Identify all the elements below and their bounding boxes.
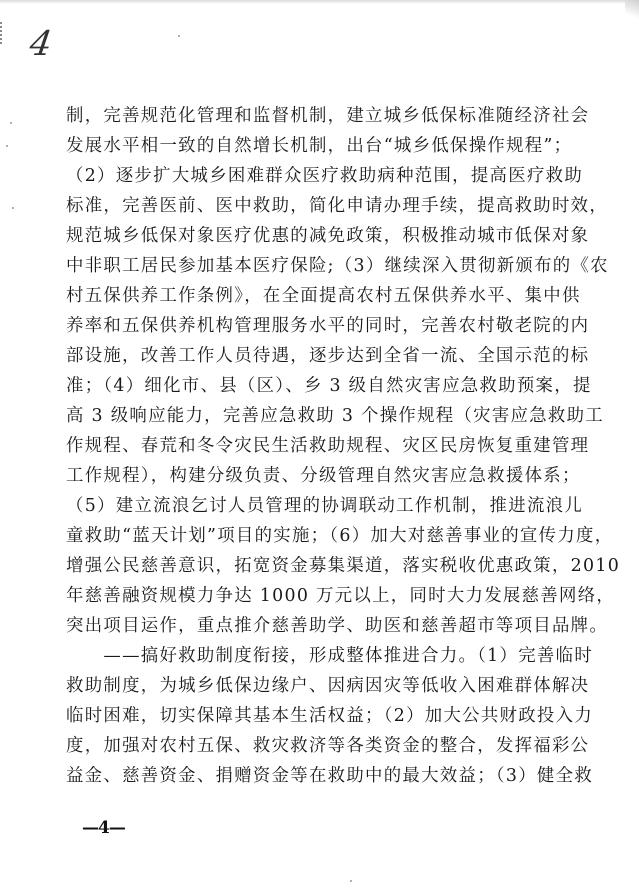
text-line: （2）逐步扩大城乡困难群众医疗救助病种范围，提高医疗救助 bbox=[66, 161, 522, 191]
text-line: 突出项目运作，重点推介慈善助学、助医和慈善超市等项目品牌。 bbox=[66, 611, 522, 641]
scan-edge-top bbox=[0, 0, 639, 4]
scan-speck bbox=[6, 145, 8, 147]
text-line: 年慈善融资规模力争达 1000 万元以上，同时大力发展慈善网络， bbox=[66, 581, 522, 611]
scan-speck bbox=[12, 207, 14, 209]
text-line: （5）建立流浪乞讨人员管理的协调联动工作机制，推进流浪儿 bbox=[66, 491, 522, 521]
scan-corner-fold bbox=[625, 0, 639, 22]
text-line: 村五保供养工作条例》，在全面提高农村五保供养水平、集中供 bbox=[66, 281, 522, 311]
text-line: 作规程、春荒和冬令灾民生活救助规程、灾区民房恢复重建管理 bbox=[66, 431, 522, 461]
text-line: 发展水平相一致的自然增长机制，出台“城乡低保操作规程”； bbox=[66, 131, 522, 161]
text-line: 童救助“蓝天计划”项目的实施；（6）加大对慈善事业的宣传力度， bbox=[66, 521, 522, 551]
text-line: 工作规程），构建分级负责、分级管理自然灾害应急救援体系； bbox=[66, 461, 522, 491]
page-number: —4— bbox=[82, 818, 125, 838]
text-line: 制，完善规范化管理和监督机制，建立城乡低保标准随经济社会 bbox=[66, 101, 522, 131]
handwritten-page-mark: 4 bbox=[27, 24, 54, 64]
scan-speck bbox=[178, 35, 180, 37]
text-line: 救助制度，为城乡低保边缘户、因病因灾等低收入困难群体解决 bbox=[66, 671, 522, 701]
text-line: 益金、慈善资金、捐赠资金等在救助中的最大效益；（3）健全救 bbox=[66, 761, 522, 791]
binding-marks bbox=[0, 22, 8, 44]
document-body: 制，完善规范化管理和监督机制，建立城乡低保标准随经济社会 发展水平相一致的自然增… bbox=[66, 101, 522, 791]
text-line: 养率和五保供养机构管理服务水平的同时，完善农村敬老院的内 bbox=[66, 311, 522, 341]
text-line: 部设施，改善工作人员待遇，逐步达到全省一流、全国示范的标 bbox=[66, 341, 522, 371]
scan-speck bbox=[10, 122, 12, 124]
text-line: 增强公民慈善意识，拓宽资金募集渠道，落实税收优惠政策，2010 bbox=[66, 551, 522, 581]
text-line: 度，加强对农村五保、救灾救济等各类资金的整合，发挥福彩公 bbox=[66, 731, 522, 761]
text-line: 中非职工居民参加基本医疗保险;（3）继续深入贯彻新颁布的《农 bbox=[66, 251, 522, 281]
text-line: 临时困难，切实保障其基本生活权益；（2）加大公共财政投入力 bbox=[66, 701, 522, 731]
section-heading-line: ——搞好救助制度衔接，形成整体推进合力。（1）完善临时 bbox=[66, 641, 522, 671]
text-line: 规范城乡低保对象医疗优惠的减免政策，积极推动城市低保对象 bbox=[66, 221, 522, 251]
text-line: 高 3 级响应能力，完善应急救助 3 个操作规程（灾害应急救助工 bbox=[66, 401, 522, 431]
text-line: 准；（4）细化市、县（区）、乡 3 级自然灾害应急救助预案，提 bbox=[66, 371, 522, 401]
scan-speck bbox=[350, 880, 352, 882]
text-line: 标准，完善医前、医中救助，简化申请办理手续，提高救助时效， bbox=[66, 191, 522, 221]
